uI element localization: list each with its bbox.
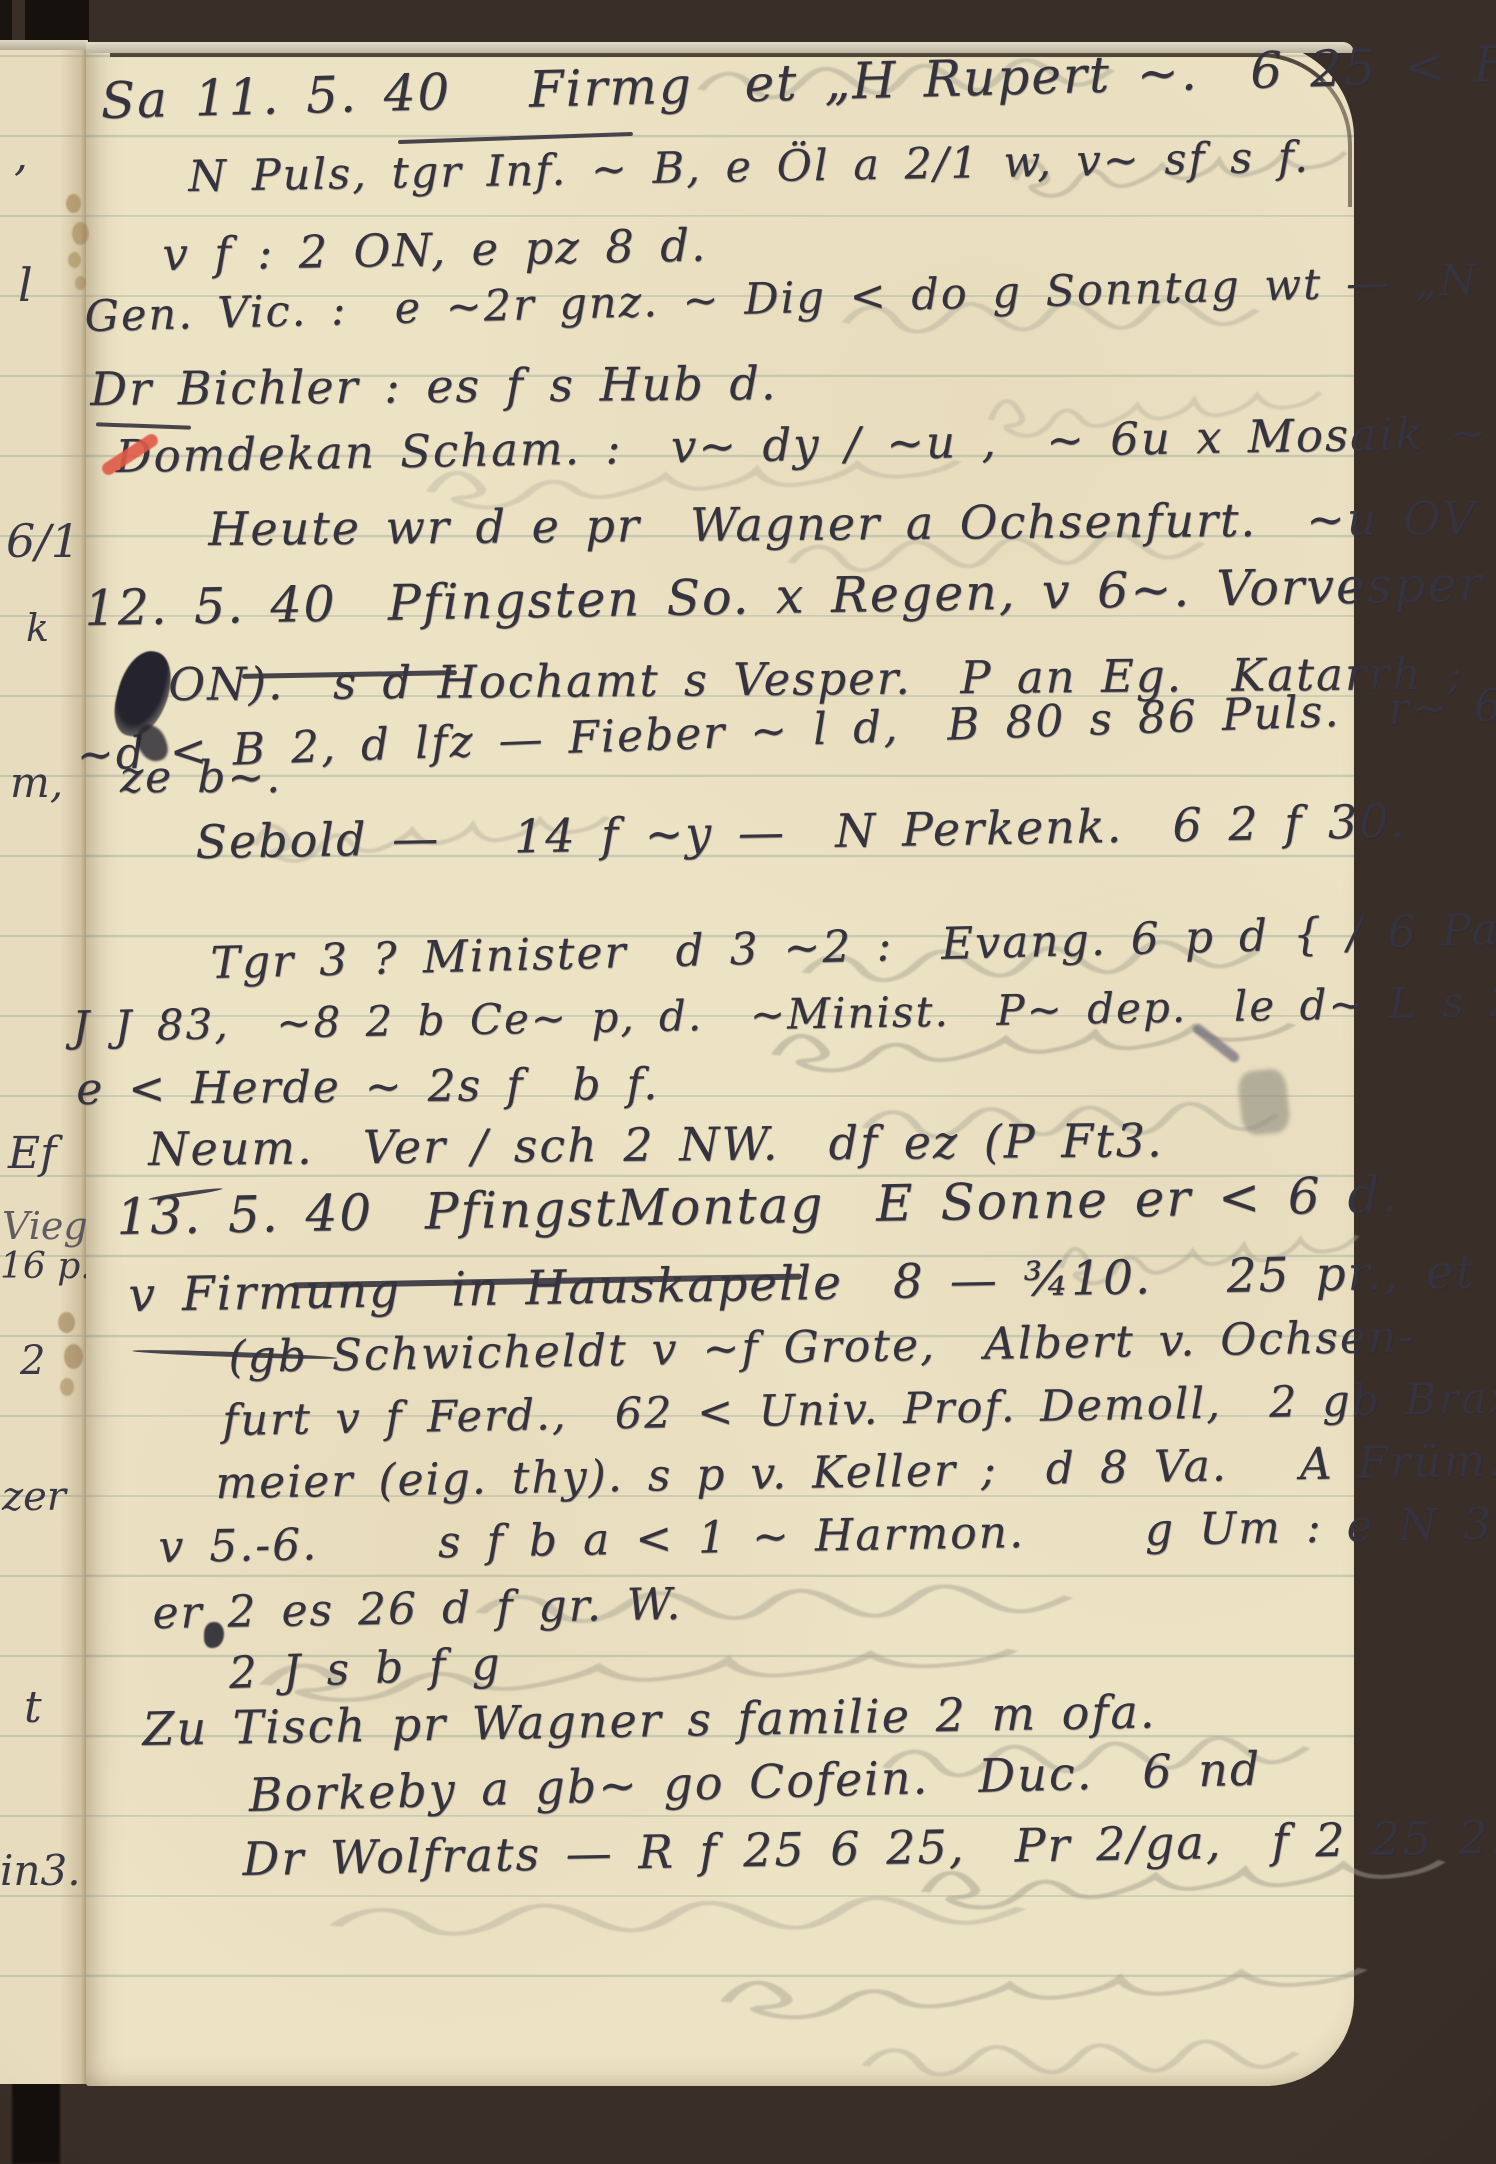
brown-stain — [64, 1344, 83, 1369]
notebook-photo: , l 6/1 k m, Ef Vieg 16 p. 2 zer t in3. — [0, 0, 1496, 2164]
margin-fragment: k — [26, 606, 49, 650]
handwriting-line: e < Herde ~ 2s f b f. — [76, 1059, 659, 1115]
previous-page-edge: , l 6/1 k m, Ef Vieg 16 p. 2 zer t in3. — [0, 46, 88, 2084]
handwriting-line: Neum. Ver / sch 2 NW. df ez (P Ft3. — [148, 1113, 1164, 1176]
margin-fragment: in3. — [0, 1846, 81, 1895]
margin-fragment: 2 — [20, 1338, 45, 1384]
brown-stain — [60, 1378, 74, 1396]
margin-fragment: zer — [2, 1474, 66, 1520]
margin-fragment: t — [24, 1682, 42, 1733]
margin-fragment: 6/1 — [6, 514, 80, 568]
margin-fragment: m, — [10, 758, 63, 807]
margin-fragment: , — [14, 130, 28, 181]
handwriting-line: ze b~. — [120, 752, 282, 803]
brown-stain — [58, 1312, 75, 1333]
margin-fragment: l — [18, 258, 33, 312]
handwriting-line: er 2 es 26 d f gr. W. — [152, 1579, 683, 1639]
brown-stain — [75, 276, 86, 290]
handwriting-line: Heute wr d e pr Wagner a Ochsenfurt. ~u … — [208, 490, 1496, 556]
margin-fragment: Ef — [8, 1128, 56, 1179]
margin-fragment: Vieg — [2, 1204, 88, 1248]
margin-fragment: 16 p. — [0, 1246, 92, 1287]
gray-smudge — [1237, 1068, 1291, 1137]
brown-stain — [72, 222, 89, 245]
brown-stain — [66, 194, 81, 213]
handwriting-line: 2 J s b f g — [228, 1638, 502, 1698]
brown-stain — [68, 252, 81, 268]
handwriting-line: v f : 2 ON, e pz 8 d. — [162, 218, 708, 281]
handwriting-line: Dr Bichler : es f s Hub d. — [90, 356, 778, 416]
